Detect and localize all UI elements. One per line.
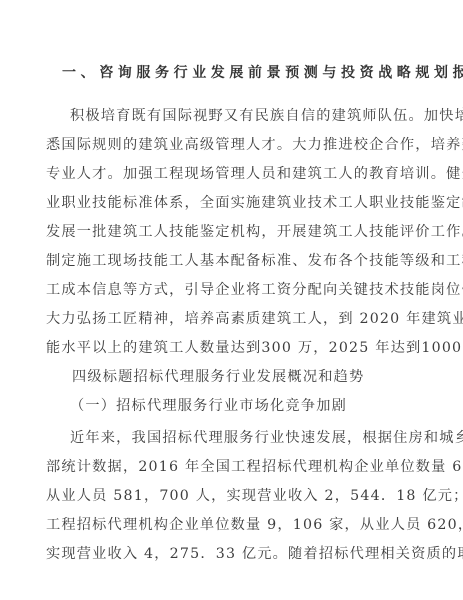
document-page: 一、咨询服务行业发展前景预测与投资战略规划报告 积极培育既有国际视野又有民族自信… (0, 0, 463, 600)
paragraph-line: 业职业技能标准体系，全面实施建筑业技术工人职业技能鉴定制度。 (46, 193, 416, 213)
paragraph-line: 近年来，我国招标代理服务行业快速发展，根据住房和城乡建设 (70, 428, 440, 448)
paragraph-line: 能水平以上的建筑工人数量达到300 万，2025 年达到1000 万。 (46, 338, 416, 358)
paragraph-line: 工成本信息等方式，引导企业将工资分配向关键技术技能岗位倾斜。 (46, 280, 416, 300)
paragraph-line: 实现营业收入 4，275．33 亿元。随着招标代理相关资质的取消，招标 (46, 544, 416, 564)
paragraph-line: 从业人员 581，700 人，实现营业收入 2，544．18 亿元；2020 年… (46, 486, 416, 506)
paragraph-line: 专业人才。加强工程现场管理人员和建筑工人的教育培训。健全建筑 (46, 164, 416, 184)
heading-level4: 四级标题招标代理服务行业发展概况和趋势 (72, 367, 442, 387)
subheading: （一）招标代理服务行业市场化竞争加剧 (70, 396, 440, 416)
paragraph-line: 发展一批建筑工人技能鉴定机构，开展建筑工人技能评价工作。通过 (46, 222, 416, 242)
paragraph-line: 制定施工现场技能工人基本配备标准、发布各个技能等级和工种的人 (46, 251, 416, 271)
paragraph-line: 悉国际规则的建筑业高级管理人才。大力推进校企合作，培养建筑业 (46, 135, 416, 155)
section-title: 一、咨询服务行业发展前景预测与投资战略规划报告 (62, 62, 422, 82)
paragraph-line: 部统计数据，2016 年全国工程招标代理机构企业单位数量 6，495 家， (46, 457, 416, 477)
paragraph-line: 积极培育既有国际视野又有民族自信的建筑师队伍。加快培养熟 (70, 106, 440, 126)
paragraph-line: 工程招标代理机构企业单位数量 9，106 家，从业人员 620，041 人， (46, 515, 416, 535)
paragraph-line: 大力弘扬工匠精神，培养高素质建筑工人，到 2020 年建筑业中级工技 (46, 309, 416, 329)
